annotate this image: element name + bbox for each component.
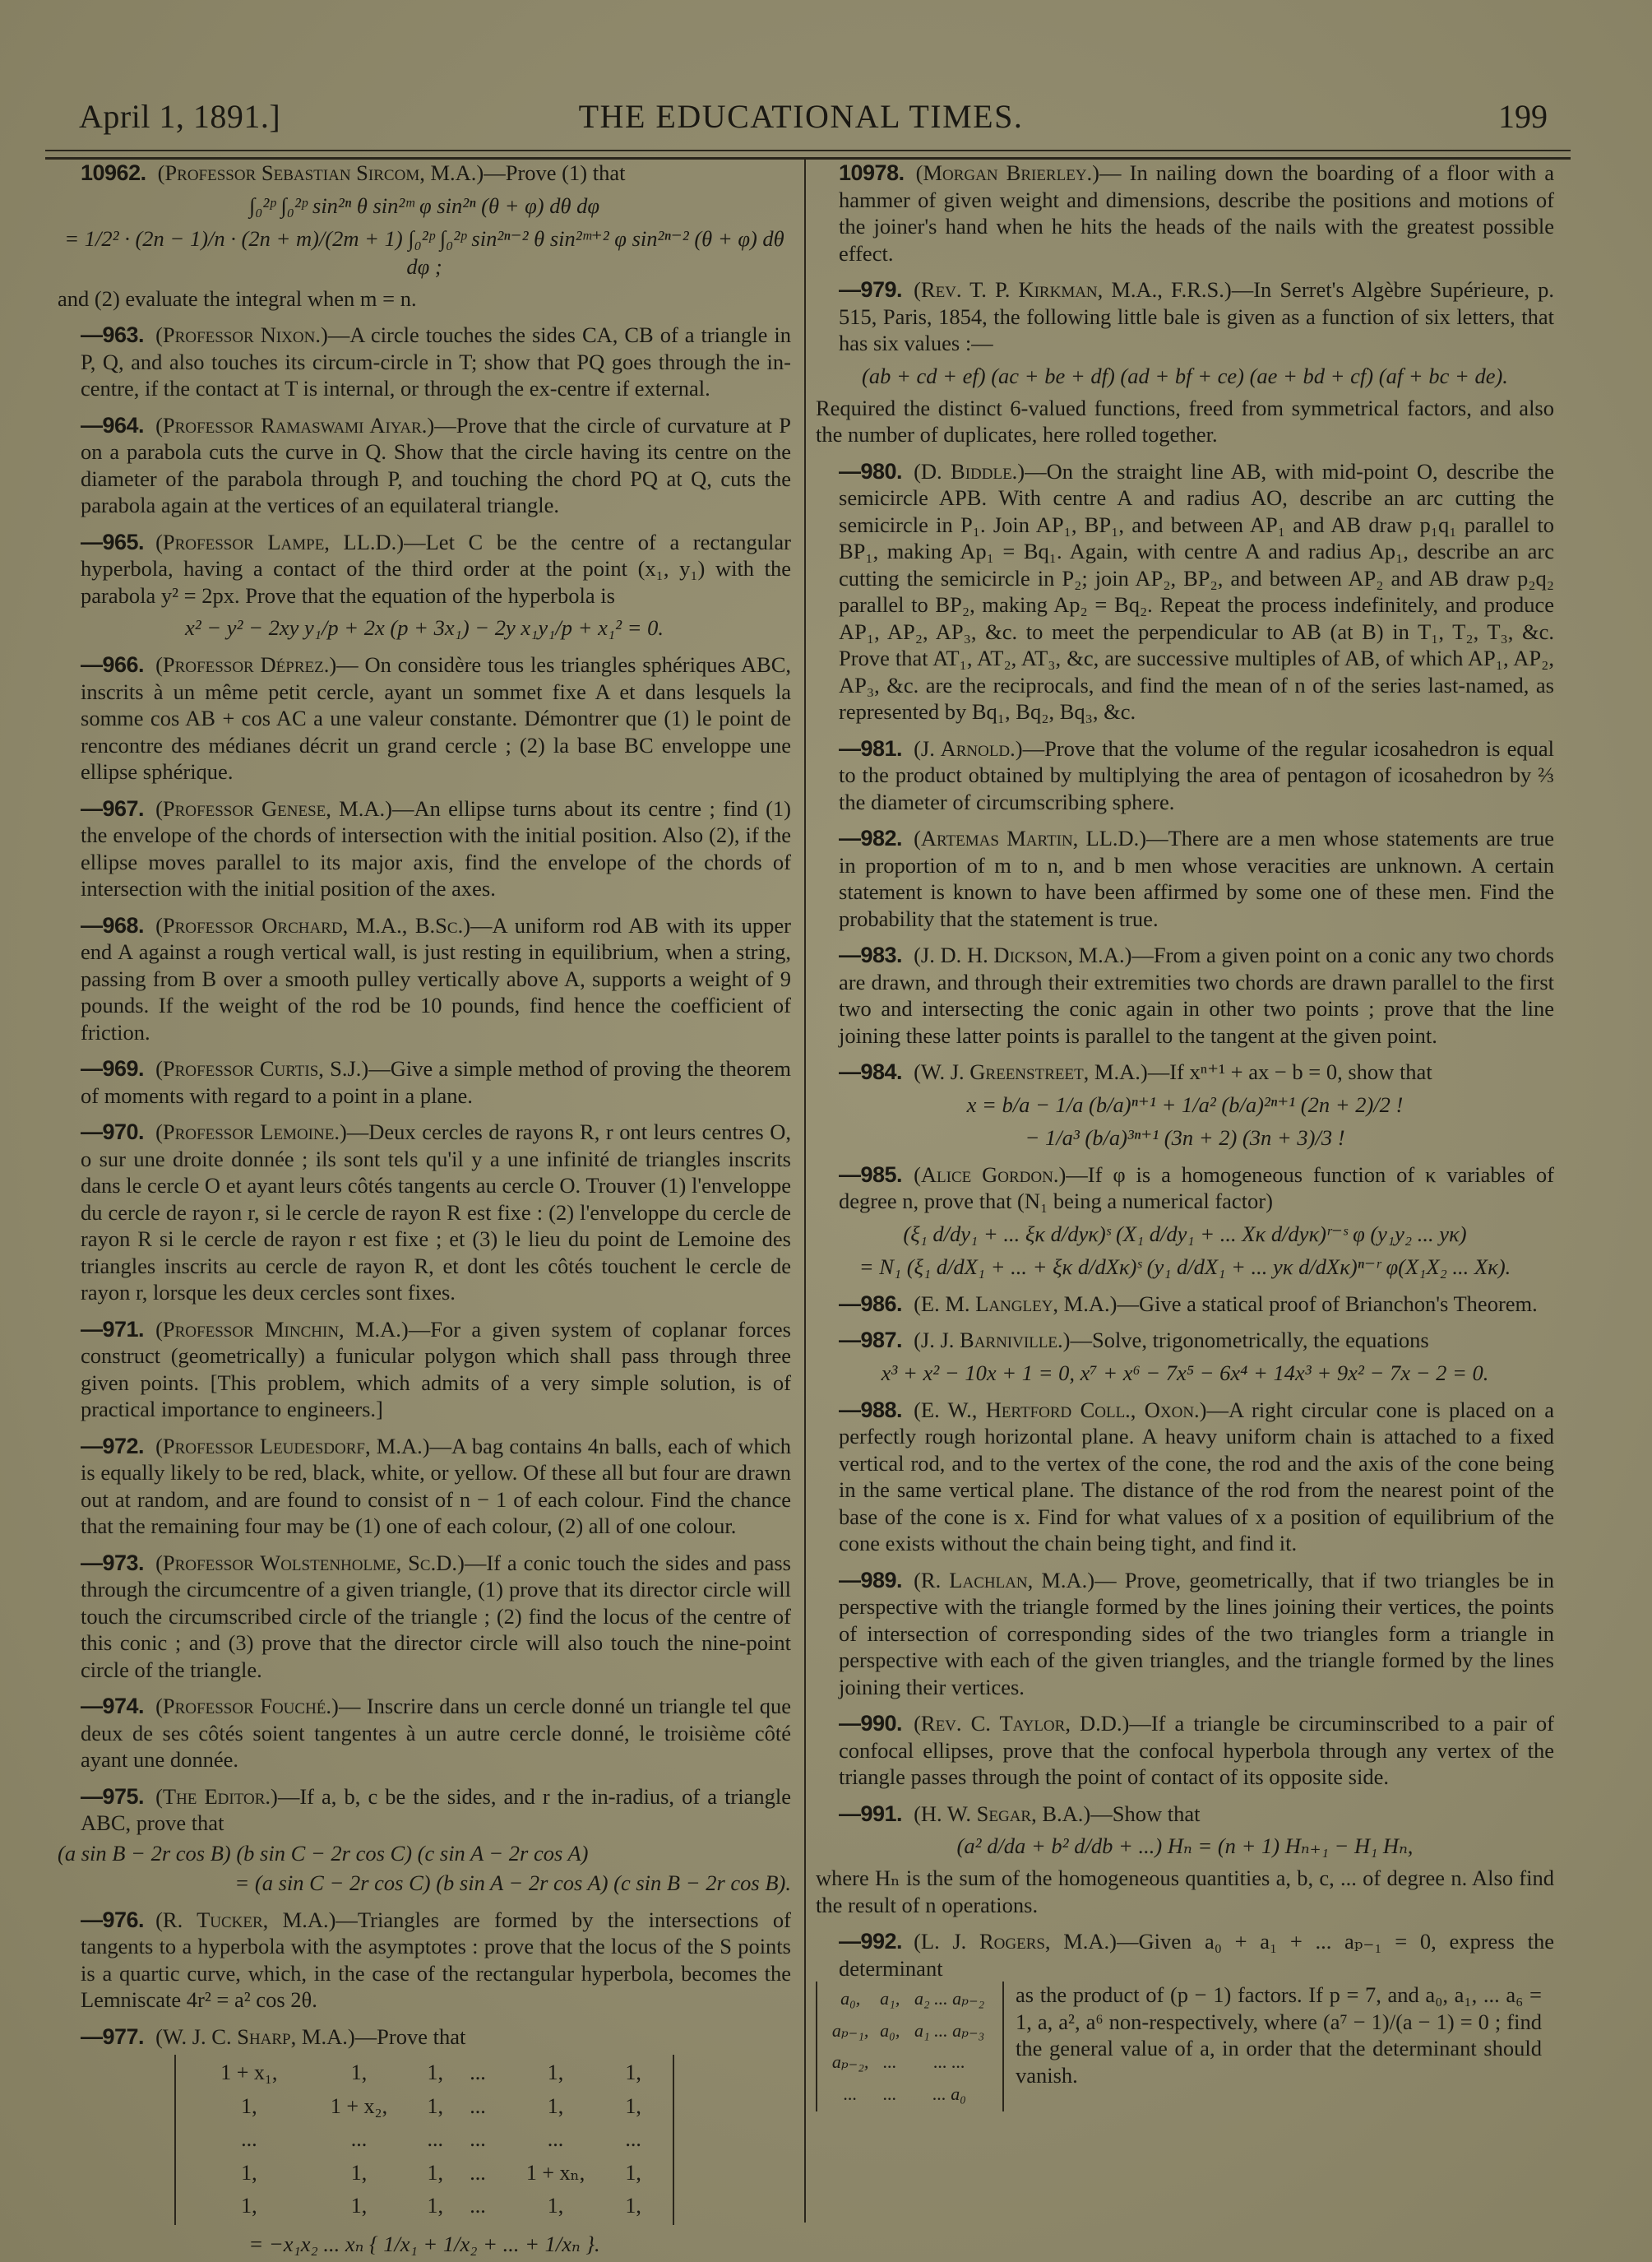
problem-number: —966.	[81, 652, 144, 677]
problem-text: —Show that	[1090, 1801, 1200, 1826]
problem-author: (Professor Sebastian Sircom, M.A.)	[158, 160, 484, 185]
problem-item: —966.(Professor Déprez.)— On considère t…	[58, 651, 791, 786]
problem-number: —969.	[81, 1056, 144, 1081]
determinant-cell: ...	[875, 2079, 905, 2111]
problem-item: —987.(J. J. Barniville.)—Solve, trigonom…	[816, 1327, 1554, 1387]
problem-number: —965.	[81, 530, 144, 554]
determinant-cell: 1,	[414, 2056, 456, 2090]
problem-item: —963.(Professor Nixon.)—A circle touches…	[58, 322, 791, 402]
determinant-cell: ...	[456, 2056, 499, 2090]
problem-statement: —985.(Alice Gordon.)—If φ is a homogeneo…	[816, 1161, 1554, 1215]
determinant: 1 + x₁,1,1,...1,1,1,1 + x₂,1,...1,1,....…	[174, 2055, 674, 2225]
problem-author: (Professor Genese, M.A.)	[155, 796, 392, 821]
problem-author: (Artemas Martin, LL.D.)	[914, 826, 1146, 851]
problem-item: 10978.(Morgan Brierley.)— In nailing dow…	[816, 160, 1554, 267]
determinant-cell: 1,	[304, 2190, 414, 2223]
problem-number: —990.	[839, 1711, 902, 1736]
determinant-cell: 1,	[612, 2090, 655, 2124]
determinant-cell: 1 + x₁,	[194, 2056, 304, 2090]
problem-statement: —988.(E. W., Hertford Coll., Oxon.)—A ri…	[816, 1397, 1554, 1557]
problem-statement: —965.(Professor Lampe, LL.D.)—Let C be t…	[58, 529, 791, 610]
problem-number: —964.	[81, 413, 144, 438]
problem-statement: —986.(E. M. Langley, M.A.)—Give a static…	[816, 1291, 1554, 1318]
problem-text: —Prove that	[355, 2024, 466, 2049]
problem-author: (Professor Fouché.)	[155, 1694, 339, 1718]
problem-author: (R. Lachlan, M.A.)	[914, 1568, 1094, 1592]
problem-item: —981.(J. Arnold.)—Prove that the volume …	[816, 735, 1554, 816]
determinant-cell: 1,	[414, 2190, 456, 2223]
determinant-cell: a₀,	[875, 2015, 905, 2047]
problem-item: —974.(Professor Fouché.)— Inscrire dans …	[58, 1693, 791, 1773]
determinant-cell: aₚ₋₁,	[826, 2015, 875, 2047]
determinant-cell: ...	[456, 2123, 499, 2157]
determinant-cell: ... ...	[905, 2046, 994, 2079]
problem-statement: —984.(W. J. Greenstreet, M.A.)—If xⁿ⁺¹ +…	[816, 1059, 1554, 1086]
determinant-cell: a₁ ... aₚ₋₃	[905, 2015, 994, 2047]
publication-title: THE EDUCATIONAL TIMES.	[48, 97, 1554, 136]
problem-item: 10962.(Professor Sebastian Sircom, M.A.)…	[58, 160, 791, 312]
problem-author: (H. W. Segar, B.A.)	[914, 1801, 1090, 1826]
problem-item: —980.(D. Biddle.)—On the straight line A…	[816, 458, 1554, 725]
problem-statement: —972.(Professor Leudesdorf, M.A.)—A bag …	[58, 1433, 791, 1540]
problem-number: —967.	[81, 796, 144, 821]
problem-author: (Professor Orchard, M.A., B.Sc.)	[155, 913, 470, 938]
problem-author: (Professor Leudesdorf, M.A.)	[155, 1434, 429, 1458]
equation: x³ + x² − 10x + 1 = 0, x⁷ + x⁶ − 7x⁵ − 6…	[816, 1359, 1554, 1387]
problem-number: —971.	[81, 1317, 144, 1342]
problem-item: —975.(The Editor.)—If a, b, c be the sid…	[58, 1783, 791, 1897]
determinant-cell: 1,	[194, 2190, 304, 2223]
determinant-cell: 1,	[414, 2090, 456, 2124]
equation: − 1/a³ (b/a)³ⁿ⁺¹ (3n + 2) (3n + 3)/3 !	[816, 1124, 1554, 1152]
determinant-cell: ...	[414, 2123, 456, 2157]
problem-item: —977.(W. J. C. Sharp, M.A.)—Prove that1 …	[58, 2023, 791, 2258]
problem-text-continued: as the product of (p − 1) factors. If p …	[1016, 1982, 1542, 2088]
problem-text: —Solve, trigonometrically, the equations	[1070, 1328, 1428, 1352]
problem-statement: —966.(Professor Déprez.)— On considère t…	[58, 651, 791, 786]
problem-number: 10962.	[81, 160, 146, 185]
problem-number: —992.	[839, 1929, 902, 1954]
problem-number: —973.	[81, 1550, 144, 1575]
problem-number: —972.	[81, 1434, 144, 1458]
problem-statement: —991.(H. W. Segar, B.A.)—Show that	[816, 1801, 1554, 1828]
problem-statement: —974.(Professor Fouché.)— Inscrire dans …	[58, 1693, 791, 1773]
problem-statement: —989.(R. Lachlan, M.A.)— Prove, geometri…	[816, 1567, 1554, 1701]
determinant-cell: 1,	[499, 2090, 612, 2124]
equation: (a sin B − 2r cos B) (b sin C − 2r cos C…	[58, 1840, 791, 1867]
equation: x² − y² − 2xy y₁/p + 2x (p + 3x₁) − 2y x…	[58, 614, 791, 642]
problem-statement: —983.(J. D. H. Dickson, M.A.)—From a giv…	[816, 942, 1554, 1049]
problem-author: (The Editor.)	[155, 1784, 278, 1809]
problem-text-continued: where Hₙ is the sum of the homogeneous q…	[816, 1865, 1554, 1918]
determinant-cell: 1,	[304, 2056, 414, 2090]
problem-text: —Deux cercles de rayons R, r ont leurs c…	[81, 1119, 791, 1305]
determinant-cell: 1,	[194, 2157, 304, 2190]
problem-author: (Professor Lemoine.)	[155, 1119, 347, 1144]
problem-number: —984.	[839, 1059, 902, 1084]
problem-author: (J. D. H. Dickson, M.A.)	[914, 943, 1131, 967]
problem-item: —992.(L. J. Rogers, M.A.)—Given a₀ + a₁ …	[816, 1928, 1554, 2111]
problem-author: (Professor Nixon.)	[155, 322, 328, 347]
determinant-cell: ... a₀	[905, 2079, 994, 2111]
determinant-cell: 1 + x₂,	[304, 2090, 414, 2124]
determinant-cell: 1,	[499, 2056, 612, 2090]
determinant-cell: 1,	[194, 2090, 304, 2124]
problem-item: —983.(J. D. H. Dickson, M.A.)—From a giv…	[816, 942, 1554, 1049]
problem-number: —991.	[839, 1801, 902, 1826]
problem-item: —967.(Professor Genese, M.A.)—An ellipse…	[58, 795, 791, 902]
problem-item: —979.(Rev. T. P. Kirkman, M.A., F.R.S.)—…	[816, 276, 1554, 448]
problem-item: —965.(Professor Lampe, LL.D.)—Let C be t…	[58, 529, 791, 642]
problem-number: —976.	[81, 1907, 144, 1932]
equation: = 1/2² · (2n − 1)/n · (2n + m)/(2m + 1) …	[58, 225, 791, 280]
equation: ∫₀²ᵖ ∫₀²ᵖ sin²ⁿ θ sin²ᵐ φ sin²ⁿ (θ + φ) …	[58, 192, 791, 220]
problem-text-continued: Required the distinct 6-valued functions…	[816, 395, 1554, 448]
problem-statement: —969.(Professor Curtis, S.J.)—Give a sim…	[58, 1055, 791, 1109]
problem-item: —972.(Professor Leudesdorf, M.A.)—A bag …	[58, 1433, 791, 1540]
problem-statement: —992.(L. J. Rogers, M.A.)—Given a₀ + a₁ …	[816, 1928, 1554, 1982]
problem-author: (Professor Lampe, LL.D.)	[155, 530, 404, 554]
problem-text: —If xⁿ⁺¹ + ax − b = 0, show that	[1148, 1059, 1432, 1084]
determinant-cell: 1,	[612, 2157, 655, 2190]
problem-item: —973.(Professor Wolstenholme, Sc.D.)—If …	[58, 1550, 791, 1684]
problem-number: —968.	[81, 913, 144, 938]
determinant-cell: ...	[304, 2123, 414, 2157]
problem-item: —984.(W. J. Greenstreet, M.A.)—If xⁿ⁺¹ +…	[816, 1059, 1554, 1152]
problem-item: —971.(Professor Minchin, M.A.)—For a giv…	[58, 1316, 791, 1423]
problem-item: —985.(Alice Gordon.)—If φ is a homogeneo…	[816, 1161, 1554, 1281]
determinant-cell: ...	[456, 2190, 499, 2223]
problem-text: —Prove (1) that	[484, 160, 625, 185]
problem-statement: 10978.(Morgan Brierley.)— In nailing dow…	[816, 160, 1554, 267]
problem-item: —976.(R. Tucker, M.A.)—Triangles are for…	[58, 1907, 791, 2014]
problem-author: (Professor Curtis, S.J.)	[155, 1056, 368, 1081]
problem-number: —981.	[839, 736, 902, 761]
problem-author: (D. Biddle.)	[914, 459, 1025, 484]
problem-statement: —970.(Professor Lemoine.)—Deux cercles d…	[58, 1119, 791, 1306]
problem-statement: —973.(Professor Wolstenholme, Sc.D.)—If …	[58, 1550, 791, 1684]
problem-author: (Rev. T. P. Kirkman, M.A., F.R.S.)	[914, 277, 1232, 302]
problem-text-continued: and (2) evaluate the integral when m = n…	[58, 285, 791, 313]
problem-author: (Professor Minchin, M.A.)	[155, 1317, 409, 1342]
determinant-cell: a₁,	[875, 1983, 905, 2015]
problem-number: —985.	[839, 1162, 902, 1187]
left-column: 10962.(Professor Sebastian Sircom, M.A.)…	[58, 160, 791, 2262]
determinant-cell: 1 + xₙ,	[499, 2157, 612, 2190]
problem-author: (E. W., Hertford Coll., Oxon.)	[914, 1398, 1206, 1422]
problem-author: (L. J. Rogers, M.A.)	[914, 1929, 1117, 1954]
problem-text: —On the straight line AB, with mid-point…	[839, 459, 1554, 725]
problem-item: —990.(Rev. C. Taylor, D.D.)—If a triangl…	[816, 1710, 1554, 1791]
page-header: April 1, 1891.] THE EDUCATIONAL TIMES. 1…	[48, 92, 1554, 143]
problem-item: —964.(Professor Ramaswami Aiyar.)—Prove …	[58, 412, 791, 519]
problem-number: —975.	[81, 1784, 144, 1809]
problem-item: —991.(H. W. Segar, B.A.)—Show that(a² d/…	[816, 1801, 1554, 1919]
determinant-cell: aₚ₋₂,	[826, 2046, 875, 2079]
problem-author: (Professor Wolstenholme, Sc.D.)	[155, 1550, 465, 1575]
determinant-cell: ...	[875, 2046, 905, 2079]
determinant-cell: ...	[826, 2079, 875, 2111]
problem-statement: —990.(Rev. C. Taylor, D.D.)—If a triangl…	[816, 1710, 1554, 1791]
equation: (ξ₁ d/dy₁ + ... ξκ d/dyκ)ˢ (X₁ d/dy₁ + .…	[816, 1220, 1554, 1248]
problem-statement: —979.(Rev. T. P. Kirkman, M.A., F.R.S.)—…	[816, 276, 1554, 357]
problem-item: —968.(Professor Orchard, M.A., B.Sc.)—A …	[58, 912, 791, 1046]
problem-item: —986.(E. M. Langley, M.A.)—Give a static…	[816, 1291, 1554, 1318]
problem-statement: —967.(Professor Genese, M.A.)—An ellipse…	[58, 795, 791, 902]
determinant-cell: a₀,	[826, 1983, 875, 2015]
determinant-cell: 1,	[612, 2190, 655, 2223]
problem-statement: —977.(W. J. C. Sharp, M.A.)—Prove that	[58, 2023, 791, 2051]
problem-number: —986.	[839, 1291, 902, 1316]
determinant-cell: ...	[612, 2123, 655, 2157]
problem-text: —Give a statical proof of Brianchon's Th…	[1117, 1291, 1537, 1316]
problem-statement: —975.(The Editor.)—If a, b, c be the sid…	[58, 1783, 791, 1837]
determinant-cell: ...	[499, 2123, 612, 2157]
problem-statement: —964.(Professor Ramaswami Aiyar.)—Prove …	[58, 412, 791, 519]
problem-number: —974.	[81, 1694, 144, 1718]
problem-number: —989.	[839, 1568, 902, 1592]
right-column: 10978.(Morgan Brierley.)— In nailing dow…	[816, 160, 1554, 2121]
problem-statement: —980.(D. Biddle.)—On the straight line A…	[816, 458, 1554, 725]
problem-item: —969.(Professor Curtis, S.J.)—Give a sim…	[58, 1055, 791, 1109]
column-divider	[804, 158, 806, 2223]
problem-number: —979.	[839, 277, 902, 302]
problem-number: —987.	[839, 1328, 902, 1352]
equation: x = b/a − 1/a (b/a)ⁿ⁺¹ + 1/a² (b/a)²ⁿ⁺¹ …	[816, 1091, 1554, 1119]
determinant-block: a₀,a₁,a₂ ... aₚ₋₂aₚ₋₁,a₀,a₁ ... aₚ₋₃aₚ₋₂…	[816, 1982, 1554, 2111]
problem-author: (R. Tucker, M.A.)	[155, 1907, 335, 1932]
problem-number: 10978.	[839, 160, 905, 185]
determinant-cell: 1,	[612, 2056, 655, 2090]
page-number: 199	[1498, 97, 1548, 136]
determinant-cell: 1,	[499, 2190, 612, 2223]
problem-author: (Professor Ramaswami Aiyar.)	[155, 413, 434, 438]
determinant-cell: ...	[194, 2123, 304, 2157]
problem-author: (E. M. Langley, M.A.)	[914, 1291, 1117, 1316]
problem-author: (Professor Déprez.)	[155, 652, 336, 677]
equation: (a² d/da + b² d/db + ...) Hₙ = (n + 1) H…	[816, 1832, 1554, 1860]
problem-statement: —968.(Professor Orchard, M.A., B.Sc.)—A …	[58, 912, 791, 1046]
problem-number: —988.	[839, 1398, 902, 1422]
problem-number: —963.	[81, 322, 144, 347]
determinant-cell: ...	[456, 2157, 499, 2190]
problem-statement: —971.(Professor Minchin, M.A.)—For a giv…	[58, 1316, 791, 1423]
problem-item: —989.(R. Lachlan, M.A.)— Prove, geometri…	[816, 1567, 1554, 1701]
problem-statement: —963.(Professor Nixon.)—A circle touches…	[58, 322, 791, 402]
problem-author: (W. J. C. Sharp, M.A.)	[155, 2024, 355, 2049]
equation: (ab + cd + ef) (ac + be + df) (ad + bf +…	[816, 362, 1554, 390]
problem-number: —977.	[81, 2024, 144, 2049]
problem-author: (J. Arnold.)	[914, 736, 1023, 761]
header-rule-thin	[45, 150, 1571, 151]
determinant-cell: ...	[456, 2090, 499, 2124]
determinant-cell: 1,	[414, 2157, 456, 2190]
problem-author: (J. J. Barniville.)	[914, 1328, 1070, 1352]
problem-item: —982.(Artemas Martin, LL.D.)—There are a…	[816, 825, 1554, 932]
equation: = N₁ (ξ₁ d/dX₁ + ... + ξκ d/dXκ)ˢ (y₁ d/…	[816, 1253, 1554, 1281]
problem-number: —970.	[81, 1119, 144, 1144]
problem-number: —980.	[839, 459, 902, 484]
problem-item: —970.(Professor Lemoine.)—Deux cercles d…	[58, 1119, 791, 1306]
problem-author: (Rev. C. Taylor, D.D.)	[914, 1711, 1129, 1736]
problem-number: —982.	[839, 826, 902, 851]
problem-statement: —987.(J. J. Barniville.)—Solve, trigonom…	[816, 1327, 1554, 1354]
problem-statement: 10962.(Professor Sebastian Sircom, M.A.)…	[58, 160, 791, 187]
problem-author: (Alice Gordon.)	[914, 1162, 1066, 1187]
problem-author: (W. J. Greenstreet, M.A.)	[914, 1059, 1148, 1084]
determinant: a₀,a₁,a₂ ... aₚ₋₂aₚ₋₁,a₀,a₁ ... aₚ₋₃aₚ₋₂…	[816, 1982, 1004, 2111]
problem-statement: —981.(J. Arnold.)—Prove that the volume …	[816, 735, 1554, 816]
problem-author: (Morgan Brierley.)	[916, 160, 1099, 185]
problem-statement: —982.(Artemas Martin, LL.D.)—There are a…	[816, 825, 1554, 932]
problem-number: —983.	[839, 943, 902, 967]
determinant-cell: 1,	[304, 2157, 414, 2190]
equation: = −x₁x₂ ... xₙ { 1/x₁ + 1/x₂ + ... + 1/x…	[58, 2230, 791, 2258]
problem-statement: —976.(R. Tucker, M.A.)—Triangles are for…	[58, 1907, 791, 2014]
determinant-cell: a₂ ... aₚ₋₂	[905, 1983, 994, 2015]
equation: = (a sin C − 2r cos C) (b sin A − 2r cos…	[58, 1870, 791, 1897]
problem-item: —988.(E. W., Hertford Coll., Oxon.)—A ri…	[816, 1397, 1554, 1557]
